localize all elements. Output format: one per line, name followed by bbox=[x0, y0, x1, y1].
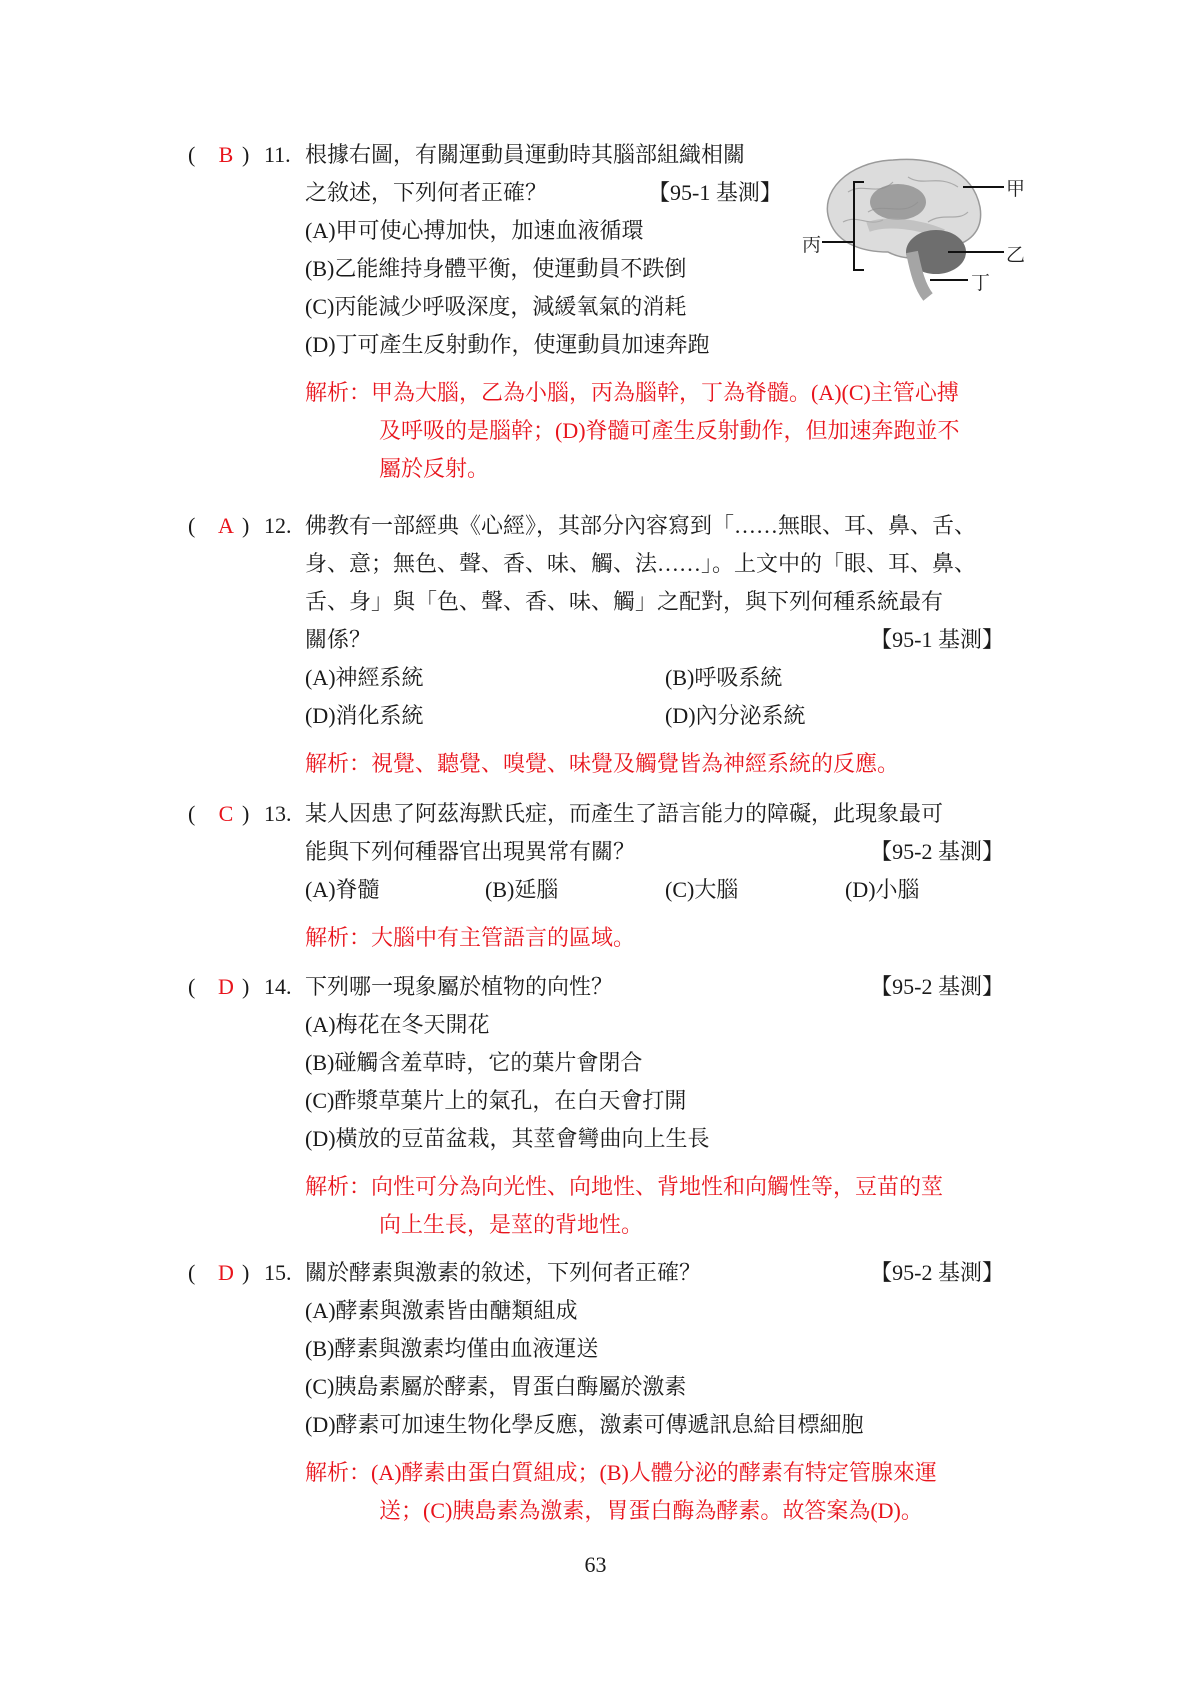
label-yi: 乙 bbox=[1006, 240, 1025, 267]
open-paren: ( bbox=[188, 507, 210, 545]
question-stem: 某人因患了阿茲海默氏症，而產生了語言能力的障礙，此現象最可 bbox=[305, 795, 943, 833]
explanation-text: (A)酵素由蛋白質組成；(B)人體分泌的酵素有特定管腺來運 bbox=[371, 1460, 937, 1485]
explanation: 解析：(A)酵素由蛋白質組成；(B)人體分泌的酵素有特定管腺來運 送；(C)胰島… bbox=[188, 1454, 1008, 1530]
question-14: (D)14. 下列哪一現象屬於植物的向性？ 【95-2 基測】 (A)梅花在冬天… bbox=[188, 968, 1008, 1244]
question-stem: 舌、身」與「色、聲、香、味、觸」之配對，與下列何種系統最有 bbox=[188, 583, 1008, 621]
label-jia: 甲 bbox=[1006, 174, 1025, 201]
explanation: 解析：向性可分為向光性、向地性、背地性和向觸性等，豆苗的莖 向上生長，是莖的背地… bbox=[188, 1168, 1008, 1244]
close-paren: ) bbox=[242, 1254, 264, 1292]
brain-diagram: 甲 乙 丙 丁 bbox=[808, 152, 1018, 302]
close-paren: ) bbox=[242, 795, 264, 833]
question-stem: 關於酵素與激素的敘述，下列何者正確？ bbox=[305, 1254, 701, 1292]
option-d: (D)丁可產生反射動作，使運動員加速奔跑 bbox=[188, 326, 1008, 364]
close-paren: ) bbox=[242, 507, 264, 545]
question-stem: 身、意；無色、聲、香、味、觸、法……」。上文中的「眼、耳、鼻、 bbox=[188, 545, 1008, 583]
question-12: (A)12. 佛教有一部經典《心經》，其部分內容寫到「……無眼、耳、鼻、舌、 身… bbox=[188, 507, 1008, 783]
explanation-text: 向上生長，是莖的背地性。 bbox=[188, 1206, 1008, 1244]
open-paren: ( bbox=[188, 968, 210, 1006]
exam-source: 【95-1 基測】 bbox=[870, 621, 1004, 659]
option-c: (C)酢漿草葉片上的氣孔，在白天會打開 bbox=[188, 1082, 1008, 1120]
exam-source: 【95-2 基測】 bbox=[870, 833, 1004, 871]
question-stem: 關係？ bbox=[305, 627, 371, 652]
explanation-text: 向性可分為向光性、向地性、背地性和向觸性等，豆苗的莖 bbox=[371, 1174, 943, 1199]
option-b: (B)呼吸系統 bbox=[665, 659, 782, 697]
explanation: 解析：甲為大腦，乙為小腦，丙為腦幹，丁為脊髓。(A)(C)主管心搏 及呼吸的是腦… bbox=[188, 374, 1008, 488]
open-paren: ( bbox=[188, 1254, 210, 1292]
question-number: 15. bbox=[264, 1254, 300, 1292]
option-a: (A)神經系統 bbox=[305, 659, 665, 697]
option-d: (D)酵素可加速生物化學反應，激素可傳遞訊息給目標細胞 bbox=[188, 1406, 1008, 1444]
question-stem: 佛教有一部經典《心經》，其部分內容寫到「……無眼、耳、鼻、舌、 bbox=[305, 507, 976, 545]
question-15: (D)15. 關於酵素與激素的敘述，下列何者正確？ 【95-2 基測】 (A)酵… bbox=[188, 1254, 1008, 1530]
answer-letter: C bbox=[210, 795, 242, 833]
explanation-text: 屬於反射。 bbox=[188, 450, 1008, 488]
option-c: (D)消化系統 bbox=[305, 697, 665, 735]
answer-letter: A bbox=[210, 507, 242, 545]
question-stem: 根據右圖，有關運動員運動時其腦部組織相關 bbox=[305, 136, 745, 174]
explanation-label: 解析： bbox=[305, 1460, 371, 1485]
page-number: 63 bbox=[0, 1552, 1191, 1578]
explanation-text: 大腦中有主管語言的區域。 bbox=[371, 925, 635, 950]
explanation-label: 解析： bbox=[305, 380, 371, 405]
label-ding: 丁 bbox=[971, 268, 990, 295]
answer-letter: B bbox=[210, 136, 242, 174]
question-13: (C)13. 某人因患了阿茲海默氏症，而產生了語言能力的障礙，此現象最可 能與下… bbox=[188, 795, 1008, 957]
answer-letter: D bbox=[210, 1254, 242, 1292]
option-b: (B)延腦 bbox=[485, 871, 665, 909]
open-paren: ( bbox=[188, 795, 210, 833]
option-a: (A)梅花在冬天開花 bbox=[188, 1006, 1008, 1044]
explanation-text: 送；(C)胰島素為激素，胃蛋白酶為酵素。故答案為(D)。 bbox=[188, 1492, 1008, 1530]
question-stem: 能與下列何種器官出現異常有關？ bbox=[305, 839, 635, 864]
explanation-label: 解析： bbox=[305, 1174, 371, 1199]
option-c: (C)大腦 bbox=[665, 871, 845, 909]
exam-source: 【95-1 基測】 bbox=[648, 174, 782, 212]
answer-letter: D bbox=[210, 968, 242, 1006]
explanation-text: 甲為大腦，乙為小腦，丙為腦幹，丁為脊髓。(A)(C)主管心搏 bbox=[371, 380, 959, 405]
exam-source: 【95-2 基測】 bbox=[870, 968, 1004, 1006]
option-d: (D)橫放的豆苗盆栽，其莖會彎曲向上生長 bbox=[188, 1120, 1008, 1158]
question-number: 11. bbox=[264, 136, 300, 174]
explanation-text: 及呼吸的是腦幹；(D)脊髓可產生反射動作，但加速奔跑並不 bbox=[188, 412, 1008, 450]
document-page: (B)11. 根據右圖，有關運動員運動時其腦部組織相關 之敘述，下列何者正確？ … bbox=[0, 0, 1191, 1684]
close-paren: ) bbox=[242, 136, 264, 174]
option-a: (A)脊髓 bbox=[305, 871, 485, 909]
question-number: 13. bbox=[264, 795, 300, 833]
option-c: (C)胰島素屬於酵素，胃蛋白酶屬於激素 bbox=[188, 1368, 1008, 1406]
label-bing: 丙 bbox=[802, 230, 821, 257]
option-b: (B)酵素與激素均僅由血液運送 bbox=[188, 1330, 1008, 1368]
explanation-label: 解析： bbox=[305, 751, 371, 776]
option-a: (A)酵素與激素皆由醣類組成 bbox=[188, 1292, 1008, 1330]
explanation-text: 視覺、聽覺、嗅覺、味覺及觸覺皆為神經系統的反應。 bbox=[371, 751, 899, 776]
exam-source: 【95-2 基測】 bbox=[870, 1254, 1004, 1292]
open-paren: ( bbox=[188, 136, 210, 174]
question-stem: 下列哪一現象屬於植物的向性？ bbox=[305, 968, 613, 1006]
option-d: (D)內分泌系統 bbox=[665, 697, 806, 735]
explanation-label: 解析： bbox=[305, 925, 371, 950]
explanation: 解析：大腦中有主管語言的區域。 bbox=[188, 919, 1008, 957]
option-d: (D)小腦 bbox=[845, 871, 920, 909]
explanation: 解析：視覺、聽覺、嗅覺、味覺及觸覺皆為神經系統的反應。 bbox=[188, 745, 1008, 783]
close-paren: ) bbox=[242, 968, 264, 1006]
question-number: 14. bbox=[264, 968, 300, 1006]
option-b: (B)碰觸含羞草時，它的葉片會閉合 bbox=[188, 1044, 1008, 1082]
question-number: 12. bbox=[264, 507, 300, 545]
question-stem: 之敘述，下列何者正確？ bbox=[305, 180, 547, 205]
